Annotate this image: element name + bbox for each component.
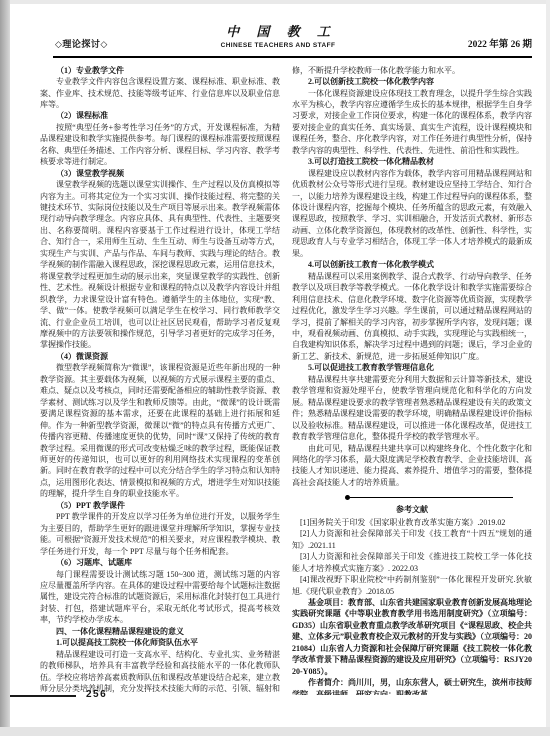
numbered-heading: 4.可以创新技工教育一体化教学模式 [292, 259, 532, 270]
paragraph: 课程建设应以教材内容作为载体，教学内容可用精品课程网站和优质教材公众号等形式进行… [292, 168, 532, 260]
paragraph-continuation: 修，不断提升学校教师一体化教学能力和水平。 [292, 65, 532, 76]
divider-line [350, 497, 513, 498]
article-body: （1）专业教学文件专业教学文件内容包含课程设置方案、课程标准、职业标准、教案、作… [10, 58, 546, 695]
page: ◇理论探讨◇ 中 国 教 工 CHINESE TEACHERS AND STAF… [10, 4, 546, 727]
paragraph: 课堂教学视频的选题以课堂实训操作、生产过程以及仿真模拟等内容为主。可将其定位为一… [40, 179, 280, 351]
scan-edge-left [0, 0, 10, 736]
scan-edge-right [546, 0, 550, 736]
paragraph: 每门课程需要设计测试练习题 150~300 道，测试练习题的内容应尽量覆盖所学内… [40, 569, 280, 626]
subsection-heading: （1）专业教学文件 [40, 65, 280, 76]
right-column: 修，不断提升学校教师一体化教学能力和水平。2.可以创新技工院校一体化教学内容一体… [292, 65, 532, 695]
references-divider [345, 493, 513, 501]
subsection-heading: （2）课程标准 [40, 110, 280, 121]
references-title: 参考文献 [292, 504, 532, 515]
subsection-heading: （4）微课资源 [40, 351, 280, 362]
section-heading: 四、一体化课程精品课程建设的意义 [40, 626, 280, 637]
paragraph: PPT 教学课件的开发应以学习任务为单位进行开发，以服务学生为主要目的，帮助学生… [40, 511, 280, 557]
subsection-heading: （6）习题库、试题库 [40, 557, 280, 568]
paragraph: 按照“典型任务+参考性学习任务”的方式，开发课程标准，为精品课程建设和教学实施提… [40, 122, 280, 168]
journal-masthead: 中 国 教 工 CHINESE TEACHERS AND STAFF [10, 21, 546, 49]
paragraph: 精品课程可以采用案例教学、混合式教学、行动导向教学、任务教学以及项目教学等教学模… [292, 271, 532, 363]
numbered-heading: 5.可以促进技工教育教学管理信息化 [292, 362, 532, 373]
paragraph: 一体化课程资源建设应体现技工教育理念，以提升学生综合实践水平为核心，教学内容应遵… [292, 88, 532, 157]
numbered-heading: 3.可以打造技工院校一体化精品教材 [292, 156, 532, 167]
journal-title: 中 国 教 工 [10, 21, 546, 40]
reference-item: [2]人力资源和社会保障部关于印发《技工教育“十四五”规划的通知》.2021.1… [292, 528, 532, 551]
reference-item: [1]国务院关于印发《国家职业教育改革实施方案》.2019.02 [292, 517, 532, 528]
scan-edge-bottom [0, 727, 550, 736]
journal-subtitle: CHINESE TEACHERS AND STAFF [10, 42, 546, 49]
left-column: （1）专业教学文件专业教学文件内容包含课程设置方案、课程标准、职业标准、教案、作… [40, 65, 280, 695]
note-paragraph: 基金项目：教育部、山东省共建国家职业教育创新发展高地理论实践研究课题《中等职业教… [292, 597, 532, 677]
page-number: 256 [86, 689, 107, 700]
numbered-heading: 2.可以创新技工院校一体化教学内容 [292, 76, 532, 87]
page-footer: 256 [10, 689, 546, 703]
reference-item: [3]人力资源和社会保障部关于印发《推进技工院校工学一体化技能人才培养模式实施方… [292, 551, 532, 574]
reference-item: [4]课改视野下职业院校“中药制剂鉴别”一体化课程开发研究.狄敏旭.《现代职业教… [292, 574, 532, 597]
paragraph: 精品课程建设可打造一支高水平、结构化、专业扎实、业务精湛的教师梯队，培养具有丰富… [40, 649, 280, 695]
issue-label: 2022 年第 26 期 [468, 36, 532, 50]
paragraph: 专业教学文件内容包含课程设置方案、课程标准、职业标准、教案、作业库、技术规范、技… [40, 76, 280, 110]
subsection-heading: （5）PPT 教学课件 [40, 500, 280, 511]
subsection-heading: （3）课堂教学视频 [40, 168, 280, 179]
paragraph: 微型教学视频简称为“微课”，该课程资源是近些年新出现的一种教学资源。其主要载体为… [40, 362, 280, 499]
footer-rule [10, 695, 76, 697]
paragraph: 由此可见，精品课程共建共享可以构建终身化、个性化数字化和网络化的学习体系，最大限… [292, 443, 532, 489]
paragraph: 精品课程共享共建需要充分利用大数据和云计算等新技术，建设教学管理和资源处理平台，… [292, 374, 532, 443]
page-header: ◇理论探讨◇ 中 国 教 工 CHINESE TEACHERS AND STAF… [10, 4, 546, 56]
numbered-heading: 1.可以提高技工院校一体化师资队伍水平 [40, 637, 280, 648]
scanned-journal-page: ◇理论探讨◇ 中 国 教 工 CHINESE TEACHERS AND STAF… [0, 0, 550, 736]
